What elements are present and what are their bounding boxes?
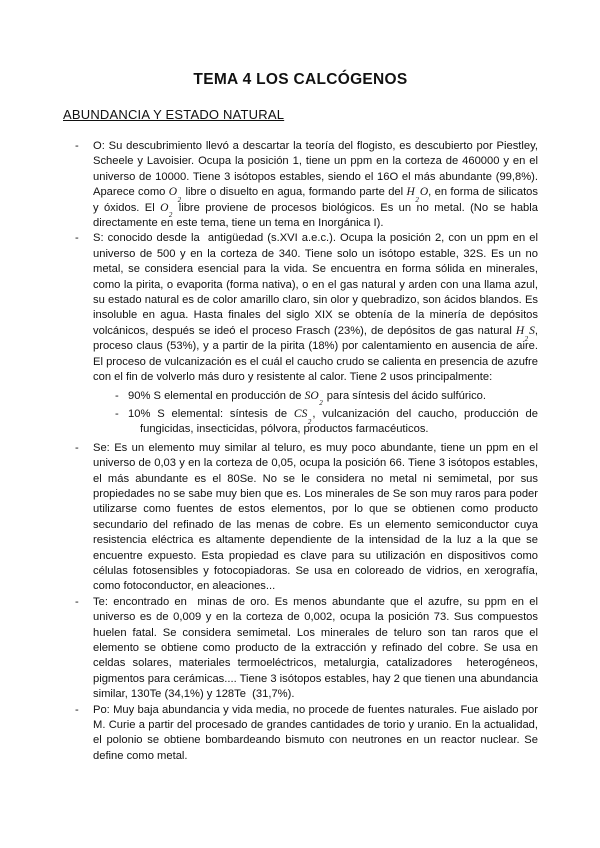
chemical-formula: SO2 (305, 390, 324, 402)
bullet-marker: - (75, 595, 79, 610)
chemical-formula: O2 (160, 202, 173, 214)
bullet-marker: - (75, 441, 79, 456)
sub-bullet-marker: - (115, 407, 119, 422)
sub-bullet-marker: - (115, 389, 119, 404)
sub-bullet-item: -10% S elemental: síntesis de CS2, vulca… (63, 407, 538, 438)
bullet-item: -S: conocido desde la antigüedad (s.XVI … (63, 231, 538, 385)
bullet-text: O: Su descubrimiento llevó a descartar l… (93, 140, 541, 229)
sub-bullet-item: -90% S elemental en producción de SO2 pa… (63, 389, 538, 404)
sub-bullet-text: 10% S elemental: síntesis de CS2, vulcan… (128, 408, 541, 435)
formula-subscript: 2 (169, 211, 173, 219)
document-title: TEMA 4 LOS CALCÓGENOS (63, 72, 538, 88)
chemical-formula: O2 (169, 186, 182, 198)
formula-subscript: 2 (308, 418, 312, 426)
bullet-item: -Se: Es un elemento muy similar al telur… (63, 441, 538, 595)
chemical-formula: H2O (407, 186, 429, 198)
formula-subscript: 2 (525, 335, 529, 343)
bullet-list: -O: Su descubrimiento llevó a descartar … (63, 139, 538, 764)
formula-base: H (516, 325, 524, 337)
chemical-formula: H2S (516, 325, 535, 337)
bullet-marker: - (75, 139, 79, 154)
formula-subscript: 2 (178, 196, 182, 204)
bullet-item: -Te: encontrado en minas de oro. Es meno… (63, 595, 538, 703)
formula-base: H (407, 186, 415, 198)
formula-base: O (420, 186, 428, 198)
formula-base: CS (294, 408, 307, 420)
sub-bullet-text: 90% S elemental en producción de SO2 par… (128, 390, 486, 402)
bullet-text: Se: Es un elemento muy similar al teluro… (93, 442, 541, 593)
document-page: TEMA 4 LOS CALCÓGENOS ABUNDANCIA Y ESTAD… (0, 0, 600, 848)
formula-base: SO (305, 390, 319, 402)
bullet-text: Po: Muy baja abundancia y vida media, no… (93, 704, 541, 762)
bullet-marker: - (75, 703, 79, 718)
formula-subscript: 2 (415, 196, 419, 204)
bullet-text: Te: encontrado en minas de oro. Es menos… (93, 596, 541, 700)
formula-base: O (160, 202, 168, 214)
formula-base: S (529, 325, 535, 337)
bullet-text: S: conocido desde la antigüedad (s.XVI a… (93, 232, 541, 383)
chemical-formula: CS2 (294, 408, 312, 420)
section-heading: ABUNDANCIA Y ESTADO NATURAL (63, 107, 538, 122)
bullet-item: -O: Su descubrimiento llevó a descartar … (63, 139, 538, 231)
bullet-item: -Po: Muy baja abundancia y vida media, n… (63, 703, 538, 765)
bullet-marker: - (75, 231, 79, 246)
formula-base: O (169, 186, 177, 198)
